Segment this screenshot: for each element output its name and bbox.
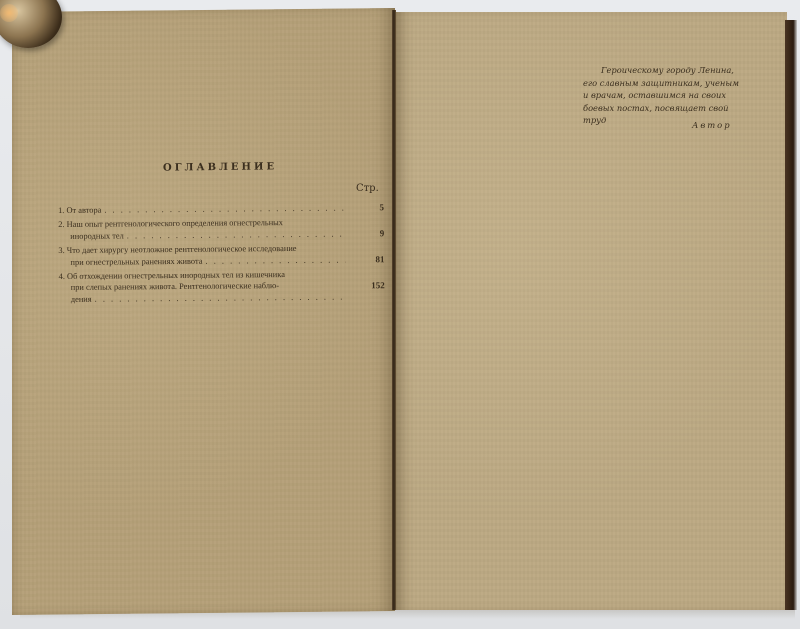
toc-title: ОГЛАВЛЕНИЕ [163, 161, 277, 173]
left-page [12, 8, 395, 615]
toc-page-number: 5 [354, 202, 384, 214]
toc-entry: 1. От автора 5 [58, 202, 384, 216]
book-cover-edge [785, 20, 797, 610]
toc-entry: 4. Об отхождении огнестрельных инородных… [59, 268, 385, 305]
author-signature: Автор [692, 120, 732, 130]
leader-dots [95, 291, 346, 305]
leader-dots [127, 228, 346, 241]
dedication: Героическому городу Ленина, его славным … [583, 64, 763, 127]
dedication-line: его славным защитникам, ученым [583, 77, 763, 90]
toc-page-number: 81 [354, 254, 384, 266]
toc-entry: 3. Что дает хирургу неотложное рентгенол… [58, 242, 384, 268]
dedication-line: труд [583, 114, 763, 127]
table-of-contents: 1. От автора 5 2. Наш опыт рентгенологич… [58, 202, 385, 308]
dedication-line: боевых постах, посвящает свой [583, 102, 763, 115]
leader-dots [205, 254, 345, 267]
toc-entry-text: при огнестрельных ранениях живота [58, 255, 202, 268]
dedication-line: Героическому городу Ленина, [583, 64, 763, 77]
book-spine [392, 10, 396, 610]
dedication-line: и врачам, оставшимся на своих [583, 89, 763, 102]
leader-dots [104, 202, 345, 216]
toc-page-column-header: Стр. [356, 183, 379, 194]
toc-entry-text: 1. От автора [58, 205, 101, 217]
toc-entry: 2. Наш опыт рентгенологического определе… [58, 217, 384, 243]
toc-page-number: 9 [354, 228, 384, 240]
toc-page-number: 152 [355, 280, 385, 292]
toc-entry-text: инородных тел [58, 230, 124, 242]
toc-entry-text: дения [59, 294, 92, 306]
